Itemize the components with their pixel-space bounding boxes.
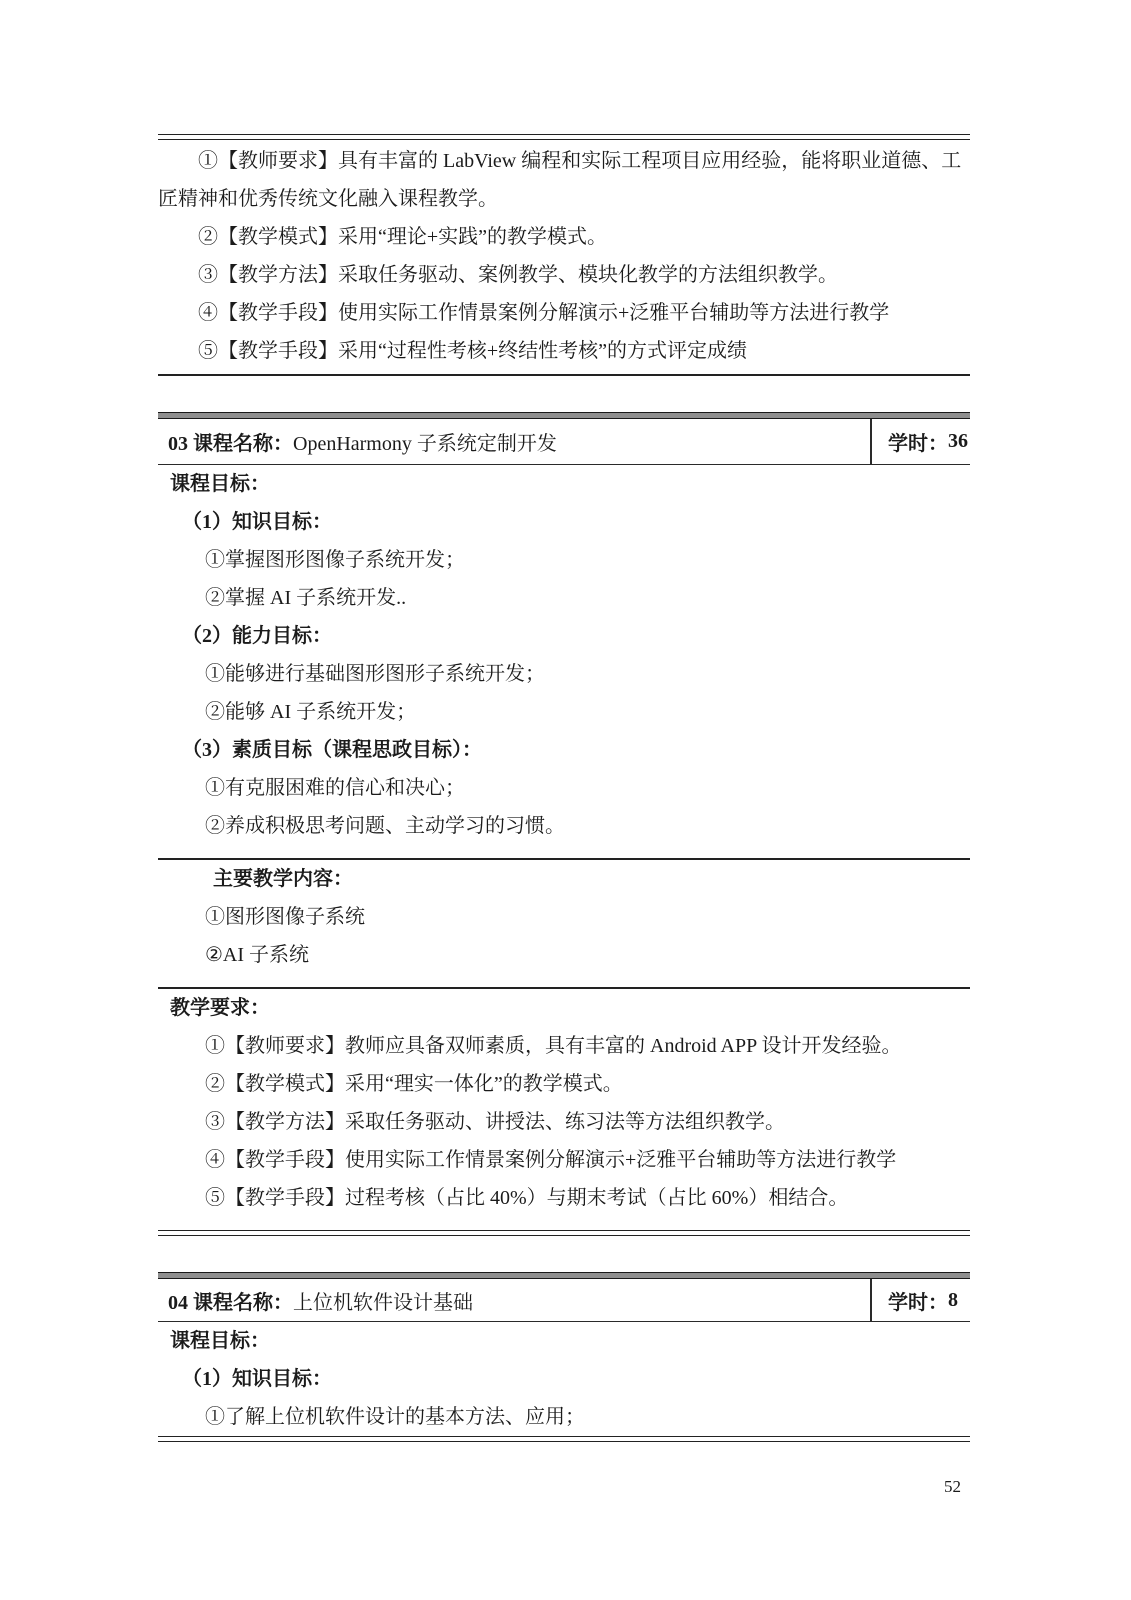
course04-header-row: 04 课程名称： 上位机软件设计基础 学时： 8	[158, 1279, 970, 1322]
content-item: ②AI 子系统	[158, 936, 970, 974]
objective-group-title: （1）知识目标：	[158, 1360, 970, 1398]
course03-requirements-block: 教学要求： ①【教师要求】教师应具备双师素质，具有丰富的 Android APP…	[158, 989, 970, 1230]
course03-table-top-border	[158, 412, 970, 419]
course03-name-cell: 03 课程名称： OpenHarmony 子系统定制开发	[158, 419, 870, 464]
requirement-item: ④【教学手段】使用实际工作情景案例分解演示+泛雅平台辅助等方法进行教学	[158, 294, 970, 332]
requirement-item: ②【教学模式】采用“理实一体化”的教学模式。	[158, 1065, 970, 1103]
spacer	[158, 1236, 970, 1272]
course-number-label: 03 课程名称：	[168, 427, 293, 456]
spacer	[158, 376, 970, 412]
hours-label: 学时：	[888, 1286, 948, 1315]
objective-item: ①了解上位机软件设计的基本方法、应用；	[158, 1398, 970, 1436]
objective-item: ②能够 AI 子系统开发；	[158, 693, 970, 731]
page-number: 52	[944, 1477, 961, 1497]
content-item: ①图形图像子系统	[158, 898, 970, 936]
course03-header-row: 03 课程名称： OpenHarmony 子系统定制开发 学时： 36	[158, 419, 970, 465]
objective-item: ①能够进行基础图形图形子系统开发；	[158, 655, 970, 693]
requirements-title: 教学要求：	[158, 989, 970, 1027]
requirement-item: ④【教学手段】使用实际工作情景案例分解演示+泛雅平台辅助等方法进行教学	[158, 1141, 970, 1179]
requirement-item: ②【教学模式】采用“理论+实践”的教学模式。	[158, 218, 970, 256]
course04-table: 04 课程名称： 上位机软件设计基础 学时： 8 课程目标： （1）知识目标： …	[158, 1272, 970, 1442]
requirement-item: ①【教师要求】教师应具备双师素质，具有丰富的 Android APP 设计开发经…	[158, 1027, 970, 1065]
objectives-title: 课程目标：	[158, 1322, 970, 1360]
course03-table: 03 课程名称： OpenHarmony 子系统定制开发 学时： 36 课程目标…	[158, 412, 970, 1236]
objective-group-title: （1）知识目标：	[158, 503, 970, 541]
objectives-title: 课程目标：	[158, 465, 970, 503]
content-title: 主要教学内容：	[158, 860, 970, 898]
course-name: 上位机软件设计基础	[293, 1286, 473, 1315]
hours-label: 学时：	[888, 427, 948, 456]
requirement-item: ①【教师要求】具有丰富的 LabView 编程和实际工程项目应用经验，能将职业道…	[158, 142, 970, 218]
page-content: ①【教师要求】具有丰富的 LabView 编程和实际工程项目应用经验，能将职业道…	[158, 134, 970, 1442]
hours-value: 8	[948, 1289, 958, 1312]
requirement-item: ⑤【教学手段】采用“过程性考核+终结性考核”的方式评定成绩	[158, 332, 970, 370]
course-name: OpenHarmony 子系统定制开发	[293, 427, 557, 456]
course03-content-block: 主要教学内容： ①图形图像子系统 ②AI 子系统	[158, 860, 970, 987]
hours-value: 36	[948, 430, 968, 453]
prev-course-requirements-block: ①【教师要求】具有丰富的 LabView 编程和实际工程项目应用经验，能将职业道…	[158, 140, 970, 374]
course04-hours-cell: 学时： 8	[870, 1279, 970, 1321]
document-page: ①【教师要求】具有丰富的 LabView 编程和实际工程项目应用经验，能将职业道…	[0, 0, 1131, 1600]
objective-item: ②养成积极思考问题、主动学习的习惯。	[158, 807, 970, 845]
course04-name-cell: 04 课程名称： 上位机软件设计基础	[158, 1279, 870, 1321]
requirement-item: ⑤【教学手段】过程考核（占比 40%）与期末考试（占比 60%）相结合。	[158, 1179, 970, 1217]
course04-table-top-border	[158, 1272, 970, 1279]
objective-group-title: （2）能力目标：	[158, 617, 970, 655]
course03-hours-cell: 学时： 36	[870, 419, 970, 464]
objective-item: ①有克服困难的信心和决心；	[158, 769, 970, 807]
course03-objectives-block: 课程目标： （1）知识目标： ①掌握图形图像子系统开发； ②掌握 AI 子系统开…	[158, 465, 970, 858]
requirement-item: ③【教学方法】采取任务驱动、讲授法、练习法等方法组织教学。	[158, 1103, 970, 1141]
requirement-item: ③【教学方法】采取任务驱动、案例教学、模块化教学的方法组织教学。	[158, 256, 970, 294]
objective-item: ②掌握 AI 子系统开发..	[158, 579, 970, 617]
course-number-label: 04 课程名称：	[168, 1286, 293, 1315]
objective-group-title: （3）素质目标（课程思政目标）：	[158, 731, 970, 769]
course04-table-cut-border	[158, 1436, 970, 1442]
course04-objectives-block: 课程目标： （1）知识目标： ①了解上位机软件设计的基本方法、应用；	[158, 1322, 970, 1436]
objective-item: ①掌握图形图像子系统开发；	[158, 541, 970, 579]
